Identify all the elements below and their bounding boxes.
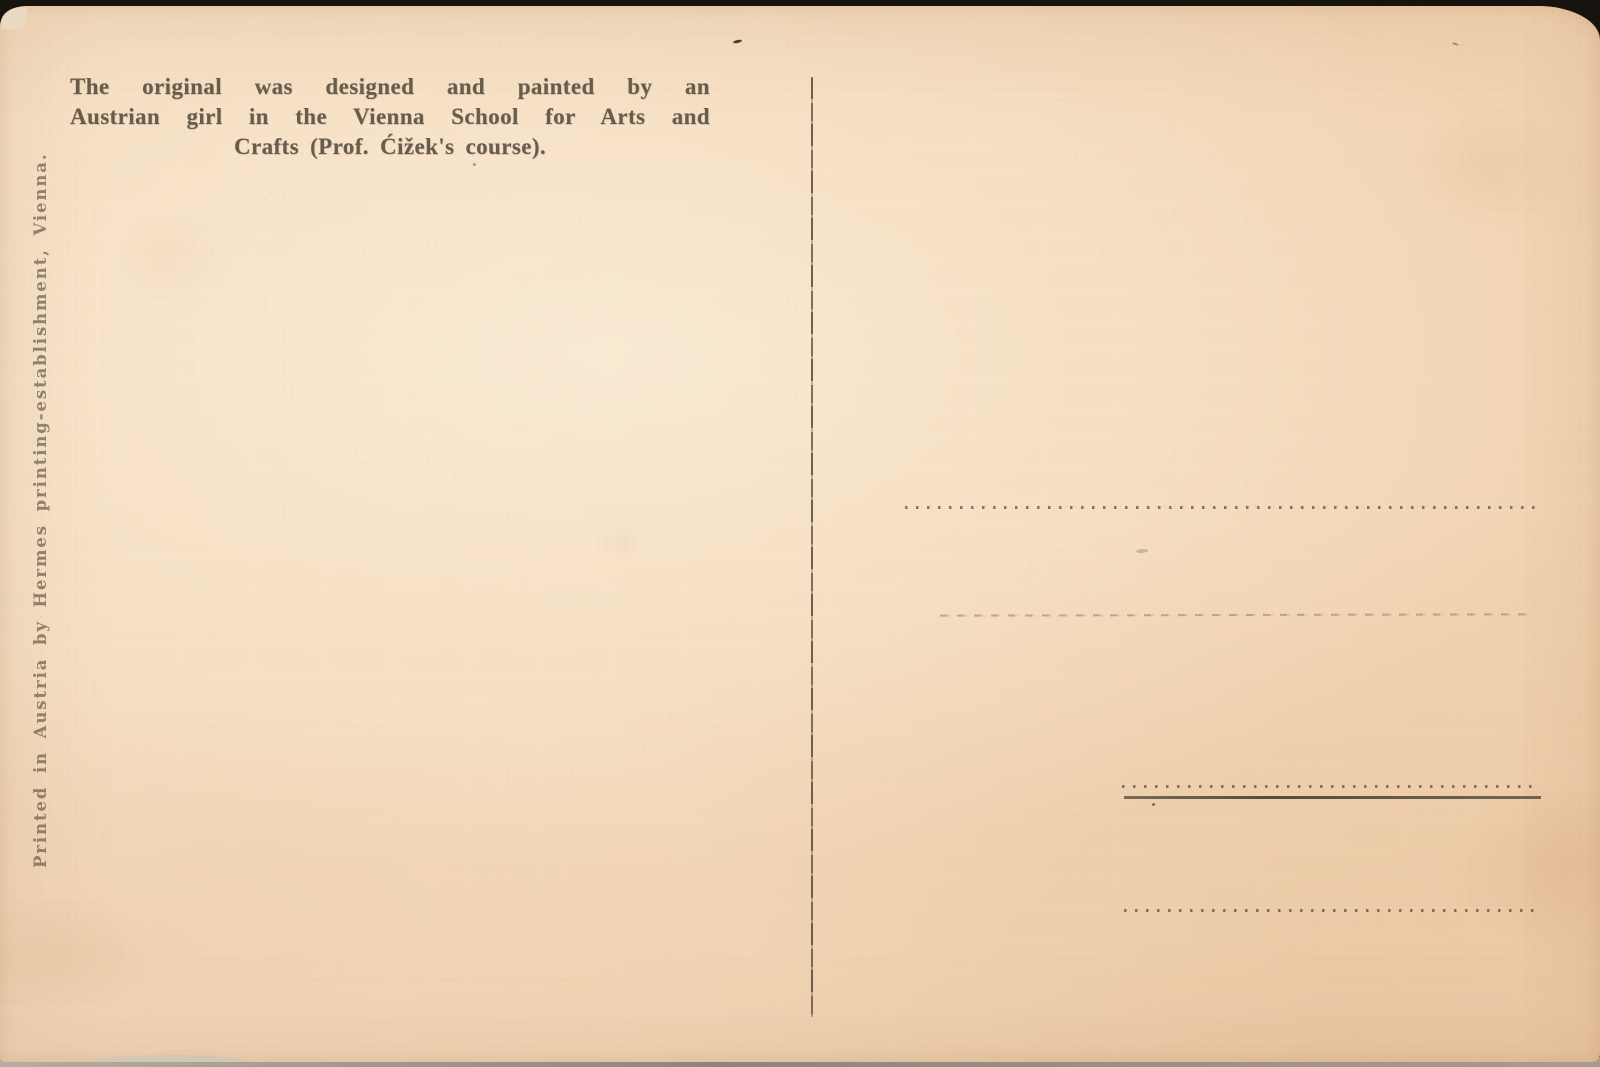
note-line-1: The original was designed and painted by… [70, 72, 710, 102]
printer-credit: Printed in Austria by Hermes printing-es… [31, 234, 50, 868]
paper-curl [95, 1055, 245, 1062]
address-line-4 [1124, 909, 1534, 912]
note-line-3: Crafts (Prof. Ćižek's course). [70, 132, 710, 162]
ink-speck [1152, 803, 1155, 806]
address-line-2 [940, 613, 1532, 616]
paper-grain [0, 6, 1600, 1062]
postcard-photo: The original was designed and painted by… [0, 0, 1600, 1067]
ink-speck [733, 39, 742, 44]
address-line-1 [905, 506, 1537, 509]
ink-speck [473, 163, 476, 166]
address-line-3 [1122, 785, 1538, 788]
ink-speck [1452, 42, 1459, 46]
postcard-back: The original was designed and painted by… [0, 6, 1600, 1062]
divider-line [811, 77, 813, 1017]
paper-stain [1136, 548, 1148, 553]
printed-note: The original was designed and painted by… [70, 72, 710, 162]
note-line-2: Austrian girl in the Vienna School for A… [70, 102, 710, 132]
address-writing-line [1124, 796, 1541, 799]
